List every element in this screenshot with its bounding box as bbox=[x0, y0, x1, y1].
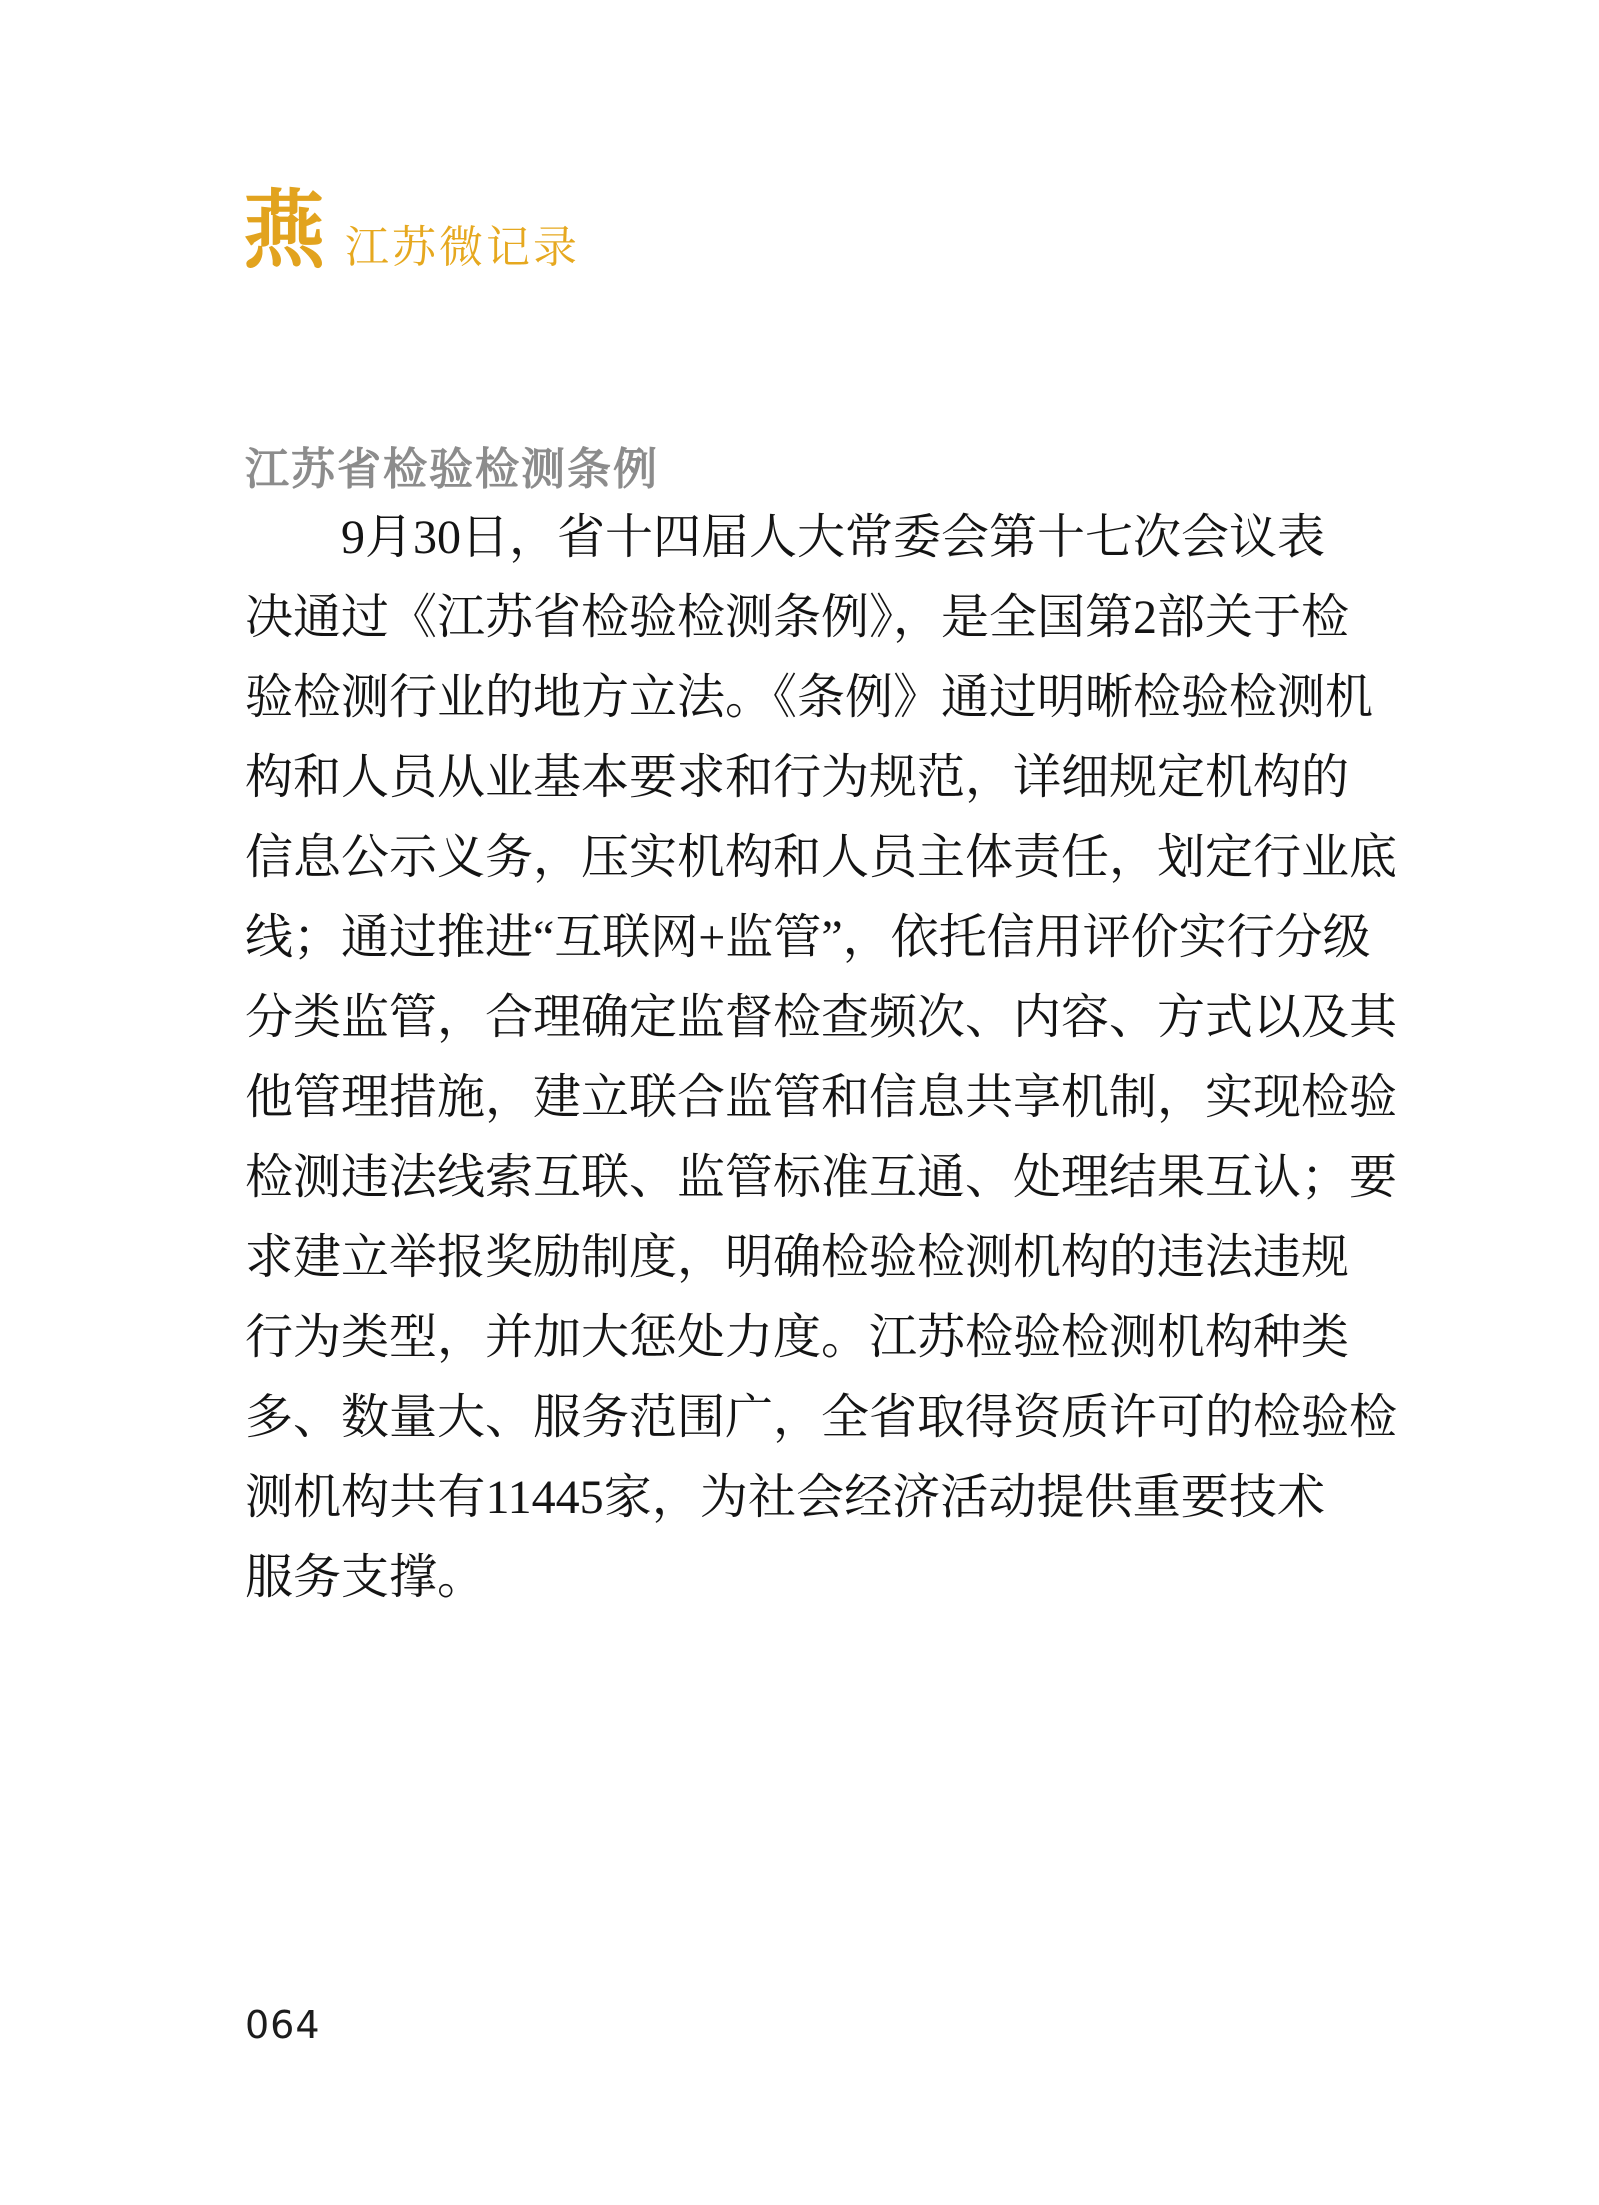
body-line: 他管理措施，建立联合监管和信息共享机制，实现检验 bbox=[245, 1058, 1325, 1138]
body-line: 行为类型，并加大惩处力度。江苏检验检测机构种类 bbox=[245, 1298, 1325, 1378]
body-line: 信息公示义务，压实机构和人员主体责任，划定行业底 bbox=[245, 818, 1325, 898]
body-line: 多、数量大、服务范围广，全省取得资质许可的检验检 bbox=[245, 1378, 1325, 1458]
body-line: 9月30日，省十四届人大常委会第十七次会议表 bbox=[245, 498, 1325, 578]
article-body: 9月30日，省十四届人大常委会第十七次会议表 决通过《江苏省检验检测条例》，是全… bbox=[245, 498, 1325, 1618]
brand-header: 燕 江苏微记录 bbox=[243, 186, 580, 278]
body-line: 验检测行业的地方立法。《条例》通过明晰检验检测机 bbox=[245, 658, 1325, 738]
body-line: 线；通过推进“互联网+监管”，依托信用评价实行分级 bbox=[245, 898, 1325, 978]
article-title: 江苏省检验检测条例 bbox=[245, 433, 659, 497]
page-number: 064 bbox=[245, 2003, 321, 2047]
body-line: 服务支撑。 bbox=[245, 1538, 1325, 1618]
body-line: 决通过《江苏省检验检测条例》，是全国第2部关于检 bbox=[245, 578, 1325, 658]
body-line: 分类监管，合理确定监督检查频次、内容、方式以及其 bbox=[245, 978, 1325, 1058]
body-line: 求建立举报奖励制度，明确检验检测机构的违法违规 bbox=[245, 1218, 1325, 1298]
body-line: 检测违法线索互联、监管标准互通、处理结果互认；要 bbox=[245, 1138, 1325, 1218]
brand-name: 江苏微记录 bbox=[345, 211, 580, 275]
body-line: 测机构共有11445家，为社会经济活动提供重要技术 bbox=[245, 1458, 1325, 1538]
brand-logo-icon: 燕 bbox=[243, 189, 325, 274]
book-page: 燕 江苏微记录 江苏省检验检测条例 9月30日，省十四届人大常委会第十七次会议表… bbox=[0, 0, 1599, 2205]
body-line: 构和人员从业基本要求和行为规范，详细规定机构的 bbox=[245, 738, 1325, 818]
